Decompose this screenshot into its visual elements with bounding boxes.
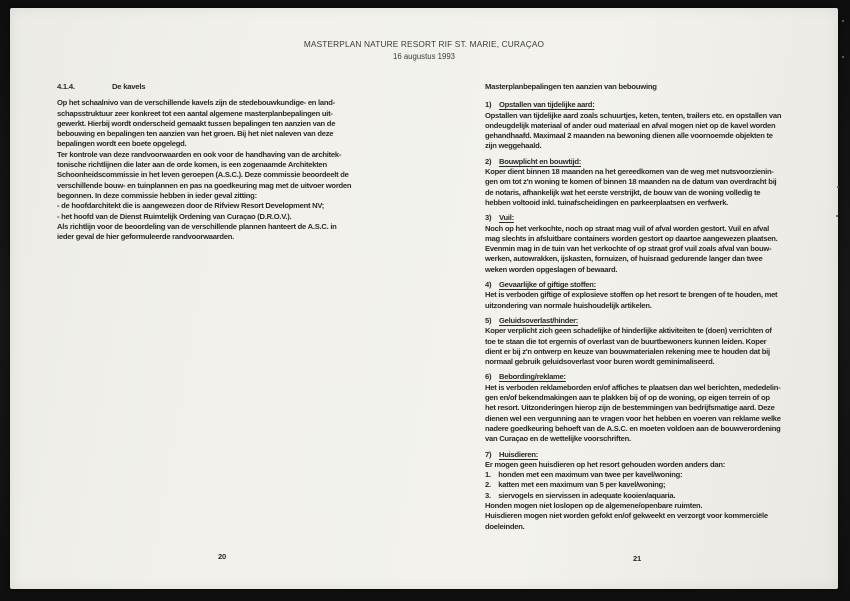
document-date: 16 augustus 1993 xyxy=(10,52,838,61)
right-page-column: Masterplanbepalingen ten aanzien van beb… xyxy=(485,82,835,537)
item-number: 1) xyxy=(485,100,499,110)
regulation-item-temporary-structures: 1)Opstallen van tijdelijke aard: Opstall… xyxy=(485,100,835,151)
item-title: Bouwplicht en bouwtijd: xyxy=(499,157,581,166)
item-title: Opstallen van tijdelijke aard: xyxy=(499,100,594,109)
document-page: MASTERPLAN NATURE RESORT RIF ST. MARIE, … xyxy=(10,8,838,589)
item-heading: 1)Opstallen van tijdelijke aard: xyxy=(485,100,835,110)
section-body-text: Op het schaalnivo van de verschillende k… xyxy=(57,98,407,242)
scan-speck xyxy=(837,186,839,188)
item-heading: 6)Bebording/reklame: xyxy=(485,372,835,382)
item-number: 7) xyxy=(485,450,499,460)
item-heading: 2)Bouwplicht en bouwtijd: xyxy=(485,157,835,167)
item-body-text: Het is verboden giftige of explosieve st… xyxy=(485,290,835,311)
item-number: 6) xyxy=(485,372,499,382)
item-number: 5) xyxy=(485,316,499,326)
item-number: 4) xyxy=(485,280,499,290)
page-number-left: 20 xyxy=(218,552,226,561)
item-title: Geluidsoverlast/hinder: xyxy=(499,316,578,325)
section-heading: 4.1.4.De kavels xyxy=(57,82,407,92)
regulation-item-building-obligation: 2)Bouwplicht en bouwtijd: Koper dient bi… xyxy=(485,157,835,208)
regulation-item-signage: 6)Bebording/reklame: Het is verboden rek… xyxy=(485,372,835,444)
item-body-text: Noch op het verkochte, noch op straat ma… xyxy=(485,224,835,275)
item-title: Bebording/reklame: xyxy=(499,372,566,381)
item-body-text: Opstallen van tijdelijke aard zoals schu… xyxy=(485,111,835,152)
item-title: Gevaarlijke of giftige stoffen: xyxy=(499,280,596,289)
scan-speck xyxy=(842,56,844,58)
document-title: MASTERPLAN NATURE RESORT RIF ST. MARIE, … xyxy=(10,39,838,49)
item-number: 3) xyxy=(485,213,499,223)
item-body-text: Het is verboden reklameborden en/of affi… xyxy=(485,383,835,445)
item-body-text: Koper dient binnen 18 maanden na het ger… xyxy=(485,167,835,208)
item-title: Vuil: xyxy=(499,213,514,222)
regulation-item-noise-nuisance: 5)Geluidsoverlast/hinder: Koper verplich… xyxy=(485,316,835,367)
item-heading: 4)Gevaarlijke of giftige stoffen: xyxy=(485,280,835,290)
regulation-item-pets: 7)Huisdieren: Er mogen geen huisdieren o… xyxy=(485,450,835,532)
page-number-right: 21 xyxy=(633,554,641,563)
document-header: MASTERPLAN NATURE RESORT RIF ST. MARIE, … xyxy=(10,39,838,61)
scan-speck xyxy=(842,20,844,22)
scan-speck xyxy=(836,215,838,217)
item-body-text: Er mogen geen huisdieren op het resort g… xyxy=(485,460,835,532)
section-title: De kavels xyxy=(112,82,145,91)
left-page-column: 4.1.4.De kavels Op het schaalnivo van de… xyxy=(57,82,407,242)
regulation-item-hazardous-substances: 4)Gevaarlijke of giftige stoffen: Het is… xyxy=(485,280,835,311)
item-heading: 5)Geluidsoverlast/hinder: xyxy=(485,316,835,326)
item-heading: 7)Huisdieren: xyxy=(485,450,835,460)
regulation-item-waste: 3)Vuil: Noch op het verkochte, noch op s… xyxy=(485,213,835,275)
item-heading: 3)Vuil: xyxy=(485,213,835,223)
item-body-text: Koper verplicht zich geen schadelijke of… xyxy=(485,326,835,367)
scanner-background: MASTERPLAN NATURE RESORT RIF ST. MARIE, … xyxy=(0,0,850,601)
item-number: 2) xyxy=(485,157,499,167)
masterplan-provisions-heading: Masterplanbepalingen ten aanzien van beb… xyxy=(485,82,835,92)
item-title: Huisdieren: xyxy=(499,450,538,459)
section-number: 4.1.4. xyxy=(57,82,112,92)
